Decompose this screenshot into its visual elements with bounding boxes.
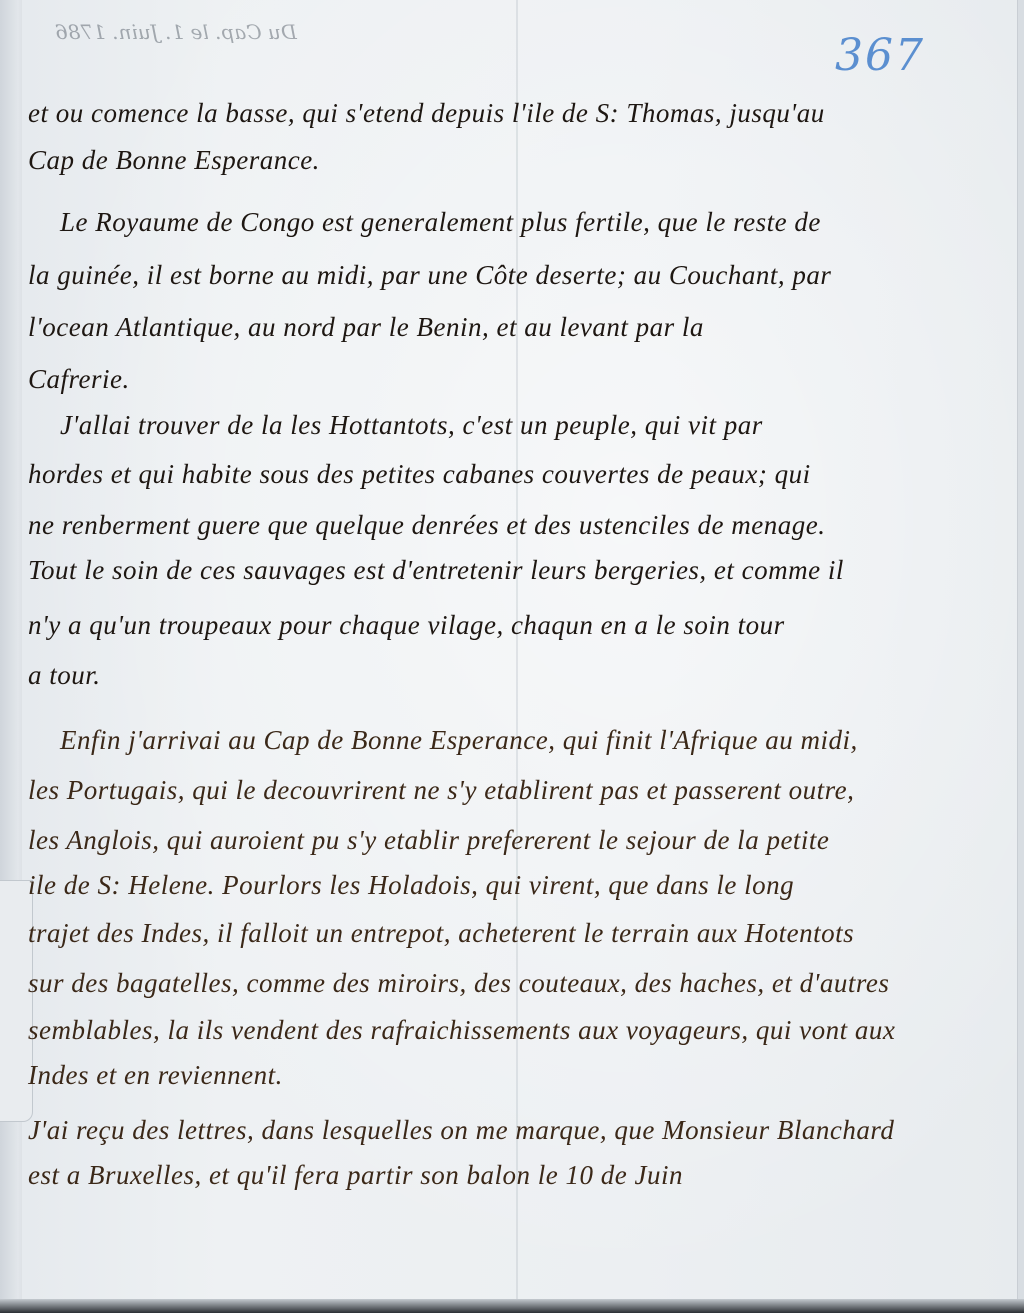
page-bottom-edge	[0, 1299, 1024, 1313]
text-line: Cap de Bonne Esperance.	[28, 145, 320, 176]
text-line: et ou comence la basse, qui s'etend depu…	[28, 98, 825, 129]
text-line: a tour.	[28, 660, 101, 691]
text-line: J'allai trouver de la les Hottantots, c'…	[60, 410, 763, 441]
text-line: les Anglois, qui auroient pu s'y etablir…	[28, 825, 829, 856]
text-line: trajet des Indes, il falloit un entrepot…	[28, 918, 854, 949]
text-line: l'ocean Atlantique, au nord par le Benin…	[28, 312, 704, 343]
text-line: hordes et qui habite sous des petites ca…	[28, 459, 811, 490]
text-line: les Portugais, qui le decouvrirent ne s'…	[28, 775, 854, 806]
text-line: J'ai reçu des lettres, dans lesquelles o…	[28, 1115, 894, 1146]
manuscript-page	[22, 0, 1024, 1300]
text-line: sur des bagatelles, comme des miroirs, d…	[28, 968, 889, 999]
text-line: Cafrerie.	[28, 364, 130, 395]
bleed-through-header: Du Cap. le 1. Juin. 1786	[55, 20, 297, 44]
text-line: la guinée, il est borne au midi, par une…	[28, 260, 831, 291]
text-line: Tout le soin de ces sauvages est d'entre…	[28, 555, 844, 586]
text-line: semblables, la ils vendent des rafraichi…	[28, 1015, 895, 1046]
text-line: est a Bruxelles, et qu'il fera partir so…	[28, 1160, 683, 1191]
folio-number: 367	[835, 30, 925, 81]
text-line: ile de S: Helene. Pourlors les Holadois,…	[28, 870, 794, 901]
page-edge	[1017, 0, 1024, 1313]
text-line: Enfin j'arrivai au Cap de Bonne Esperanc…	[60, 725, 858, 756]
text-line: ne renberment guere que quelque denrées …	[28, 510, 826, 541]
text-line: Le Royaume de Congo est generalement plu…	[60, 207, 821, 238]
text-line: n'y a qu'un troupeaux pour chaque vilage…	[28, 610, 785, 641]
paper-fold	[516, 0, 518, 1300]
text-line: Indes et en reviennent.	[28, 1060, 283, 1091]
